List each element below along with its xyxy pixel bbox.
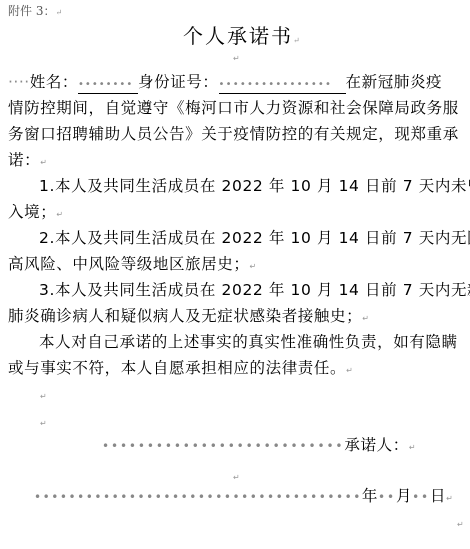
title-text: 个人承诺书 bbox=[183, 24, 293, 48]
commitment-item-1-line-2: 入境；↵ bbox=[8, 203, 64, 224]
paragraph-mark-icon: ↵ bbox=[55, 8, 62, 17]
intro-text: 在新冠肺炎疫 bbox=[346, 73, 443, 91]
month-field-dots: •• bbox=[378, 490, 396, 504]
commitment-item-3-line-1: 3.本人及共同生活成员在 2022 年 10 月 14 日前 7 天内无新冠 bbox=[39, 281, 470, 300]
paragraph-mark-icon: ↵ bbox=[362, 314, 369, 323]
name-label: 姓名： bbox=[30, 73, 78, 91]
paragraph-mark-icon: ↵ bbox=[56, 210, 63, 219]
id-number-label: 身份证号： bbox=[138, 73, 219, 91]
paragraph-mark-icon: ↵ bbox=[293, 36, 302, 45]
intro-text: 诺： bbox=[8, 151, 40, 169]
intro-line-2: 情防控期间，自觉遵守《梅河口市人力资源和社会保障局政务服 bbox=[8, 99, 459, 118]
commitment-item-2-line-1: 2.本人及共同生活成员在 2022 年 10 月 14 日前 7 天内无国内 bbox=[39, 229, 470, 248]
date-dots: •••••••••••••••••••••••••••••••••••••• bbox=[34, 490, 362, 504]
paragraph-mark-icon: ↵ bbox=[409, 443, 416, 452]
commitment-item-2-line-2: 高风险、中风险等级地区旅居史；↵ bbox=[8, 255, 257, 276]
paragraph-mark-icon: ↵ bbox=[250, 262, 257, 271]
intro-line-3: 务窗口招聘辅助人员公告》关于疫情防控的有关规定，现郑重承 bbox=[8, 125, 459, 144]
leading-dots: ···· bbox=[8, 73, 30, 91]
closing-line-2: 或与事实不符，本人自愿承担相应的法律责任。↵ bbox=[8, 359, 353, 380]
paragraph-mark-icon: ↵ bbox=[346, 366, 353, 375]
closing-text: 或与事实不符，本人自愿承担相应的法律责任。 bbox=[8, 359, 346, 377]
item-text: 入境； bbox=[8, 203, 56, 221]
paragraph-mark-icon: ↵ bbox=[40, 392, 47, 401]
id-number-field[interactable]: •••••••••••••••• bbox=[219, 77, 346, 94]
date-line: ••••••••••••••••••••••••••••••••••••••年•… bbox=[34, 487, 453, 508]
month-label: 月 bbox=[396, 487, 412, 505]
day-field-dots: •• bbox=[412, 490, 430, 504]
commitment-item-1-line-1: 1.本人及共同生活成员在 2022 年 10 月 14 日前 7 天内未曾出 bbox=[39, 177, 470, 196]
paragraph-mark-icon: ↵ bbox=[40, 419, 47, 428]
paragraph-mark-icon: ↵ bbox=[233, 54, 240, 63]
intro-line-1: ····姓名：••••••••身份证号：••••••••••••••••在新冠肺… bbox=[8, 73, 442, 94]
closing-line-1: 本人对自己承诺的上述事实的真实性准确性负责，如有隐瞒 bbox=[39, 333, 458, 352]
paragraph-mark-icon: ↵ bbox=[446, 494, 453, 503]
paragraph-mark-icon: ↵ bbox=[233, 473, 240, 482]
item-text: 高风险、中风险等级地区旅居史； bbox=[8, 255, 250, 273]
intro-line-4: 诺：↵ bbox=[8, 151, 48, 172]
attachment-label: 附件 3：↵ bbox=[8, 2, 62, 19]
name-field[interactable]: •••••••• bbox=[78, 77, 138, 94]
paragraph-mark-icon: ↵ bbox=[457, 520, 464, 529]
day-label: 日 bbox=[430, 487, 446, 505]
item-text: 肺炎确诊病人和疑似病人及无症状感染者接触史； bbox=[8, 307, 362, 325]
paragraph-mark-icon: ↵ bbox=[40, 158, 47, 167]
signatory-label: 承诺人： bbox=[344, 436, 408, 454]
commitment-item-3-line-2: 肺炎确诊病人和疑似病人及无症状感染者接触史；↵ bbox=[8, 307, 370, 328]
signature-line: •••••••••••••••••••••••••••承诺人：↵ bbox=[102, 436, 416, 457]
page-title: 个人承诺书↵ bbox=[183, 20, 302, 49]
year-label: 年 bbox=[362, 487, 378, 505]
signature-dots: ••••••••••••••••••••••••••• bbox=[102, 439, 344, 453]
attachment-text: 附件 3： bbox=[8, 4, 55, 18]
